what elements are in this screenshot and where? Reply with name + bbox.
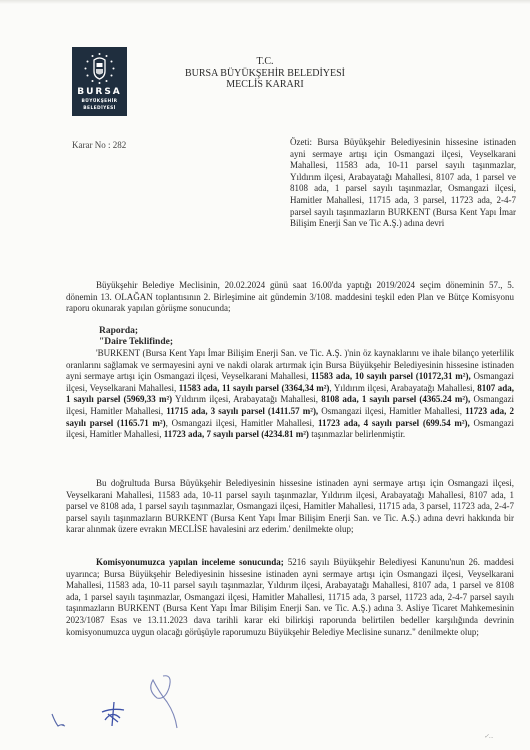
daire-proposal-paragraph: 'BURKENT (Bursa Kent Yapı İmar Bilişim E… [66,348,514,441]
text-segment: taşınmazlar belirlenmiştir. [309,429,405,439]
bursa-logo: BURSA BÜYÜKŞEHİR BELEDİYESİ [72,47,127,116]
document-header: T.C. BURSA BÜYÜKŞEHİR BELEDİYESİ MECLİS … [160,56,370,91]
intro-paragraph: Büyükşehir Belediye Meclisinin, 20.02.20… [66,280,514,315]
rapor-heading: Raporda; [99,326,138,336]
logo-text-belediyesi: BELEDİYESİ [72,106,127,111]
parcel-highlight: 11583 ada, 10 sayılı parsel (10172,31 m²… [311,371,471,381]
header-tc: T.C. [160,56,370,68]
accordingly-paragraph: Bu doğrultuda Bursa Büyükşehir Belediyes… [66,478,514,536]
commission-text: 5216 sayılı Büyükşehir Belediyesi Kanunu… [66,557,514,637]
decision-number: Karar No : 282 [72,140,126,150]
summary-block: Özeti: Bursa Büyükşehir Belediyesinin hi… [290,137,516,230]
text-segment: Osmangazi ilçesi, Hamitler Mahallesi, [318,406,465,416]
parcel-highlight: 11723 ada, 7 sayılı parsel (4234.81 m²) [164,429,309,439]
text-segment: , Osmangazi ilçesi, Hamitler Mahallesi, [166,418,318,428]
daire-heading: "Daire Teklifinde; [99,337,173,347]
text-segment: Yıldırım ilçesi, Arabayatağı Mahallesi, [172,394,321,404]
page-mark: ✓... [484,733,494,740]
signature-initial-2 [100,700,126,730]
logo-text-bursa: BURSA [72,87,127,97]
text-segment: , Yıldırım ilçesi, Arabayatağı Mahallesi… [329,383,477,393]
commission-paragraph: Komisyonumuzca yapılan inceleme sonucund… [66,557,514,638]
parcel-highlight: 8108 ada, 1 sayılı parsel (4365.24 m²), [321,394,470,404]
logo-text-buyuksehir: BÜYÜKŞEHİR [72,99,127,104]
signature-initial-3 [145,672,185,732]
signature-initial-1 [50,710,70,730]
parcel-highlight: 11715 ada, 3 sayılı parsel (1411.57 m²), [166,406,318,416]
header-municipality: BURSA BÜYÜKŞEHİR BELEDİYESİ [160,68,370,80]
header-title: MECLİS KARARI [160,79,370,91]
parcel-highlight: 11723 ada, 4 sayılı parsel (699.54 m²), [318,418,470,428]
document-page: BURSA BÜYÜKŞEHİR BELEDİYESİ T.C. BURSA B… [0,0,530,750]
commission-heading: Komisyonumuzca yapılan inceleme sonucund… [96,557,284,567]
municipality-emblem-icon [82,51,117,86]
scan-edge [0,0,530,4]
parcel-highlight: 11583 ada, 11 sayılı parsel (3364,34 m²) [179,383,330,393]
